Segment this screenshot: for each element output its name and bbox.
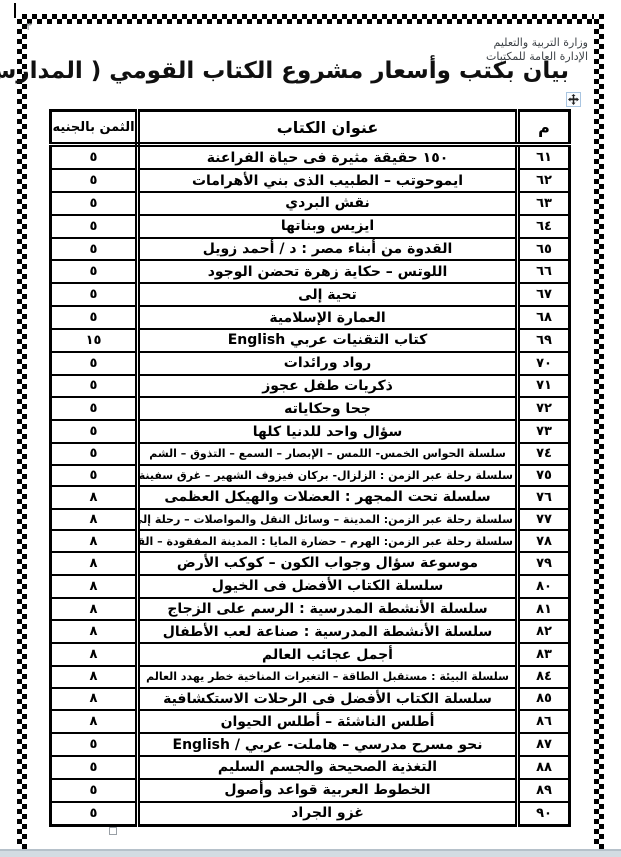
table-row: ٦٥القدوة من أبناء مصر : د / أحمد زويل٥ bbox=[51, 238, 570, 261]
serial-cell: ٦٧ bbox=[518, 283, 570, 306]
book-title-cell: نقش البردي bbox=[138, 192, 518, 215]
price-cell: ٨ bbox=[51, 710, 138, 733]
book-title-cell: ايموحوتب – الطبيب الذى بني الأهرامات bbox=[138, 169, 518, 192]
book-title-cell: القدوة من أبناء مصر : د / أحمد زويل bbox=[138, 238, 518, 261]
letterhead-line1: وزارة التربية والتعليم bbox=[486, 36, 588, 50]
page-title: بيان بكتب وأسعار مشروع الكتاب القومي ( ا… bbox=[40, 58, 569, 84]
column-header-price: الثمن بالجنيه bbox=[51, 111, 138, 145]
serial-cell: ٧٥ bbox=[518, 465, 570, 487]
move-cross-icon bbox=[568, 94, 579, 105]
table-resize-icon[interactable] bbox=[109, 827, 117, 835]
book-title-cell: غزو الجراد bbox=[138, 802, 518, 826]
serial-cell: ٨٥ bbox=[518, 688, 570, 711]
price-cell: ٥ bbox=[51, 192, 138, 215]
serial-cell: ٨٢ bbox=[518, 620, 570, 643]
price-cell: ٨ bbox=[51, 530, 138, 552]
price-cell: ٥ bbox=[51, 443, 138, 465]
book-title-cell: الخطوط العربية قواعد وأصول bbox=[138, 779, 518, 802]
book-title-cell: سلسلة رحلة عبر الزمن: الهرم – حضارة الما… bbox=[138, 530, 518, 552]
table-row: ٦٩كتاب التقنيات عربي English١٥ bbox=[51, 329, 570, 352]
table-row: ٨٧نحو مسرح مدرسي – هاملت- عربي / English… bbox=[51, 733, 570, 756]
serial-cell: ٧٨ bbox=[518, 530, 570, 552]
book-title-cell: ١٥٠ حقيقة مثيرة فى حياة الفراعنة bbox=[138, 145, 518, 170]
serial-cell: ٨٩ bbox=[518, 779, 570, 802]
page-border-top bbox=[17, 14, 604, 24]
price-cell: ٥ bbox=[51, 260, 138, 283]
price-cell: ٥ bbox=[51, 375, 138, 398]
book-title-cell: أجمل عجائب العالم bbox=[138, 643, 518, 666]
price-cell: ٨ bbox=[51, 598, 138, 621]
table-row: ٦١١٥٠ حقيقة مثيرة فى حياة الفراعنة٥ bbox=[51, 145, 570, 170]
table-row: ٧٠رواد ورائدات٥ bbox=[51, 352, 570, 375]
price-cell: ٥ bbox=[51, 145, 138, 170]
column-header-title: عنوان الكتاب bbox=[138, 111, 518, 145]
serial-cell: ٨٧ bbox=[518, 733, 570, 756]
serial-cell: ٨١ bbox=[518, 598, 570, 621]
price-cell: ٨ bbox=[51, 575, 138, 598]
table-row: ٨٤سلسلة البيئة : مستقبل الطاقة – التغيرا… bbox=[51, 666, 570, 688]
serial-cell: ٨٦ bbox=[518, 710, 570, 733]
table-row: ٦٣نقش البردي٥ bbox=[51, 192, 570, 215]
table-row: ٨٠سلسلة الكتاب الأفضل فى الخيول٨ bbox=[51, 575, 570, 598]
table-move-icon[interactable] bbox=[566, 92, 581, 107]
book-title-cell: التغذية الصحيحة والجسم السليم bbox=[138, 756, 518, 779]
table-row: ٨٣أجمل عجائب العالم٨ bbox=[51, 643, 570, 666]
price-cell: ٨ bbox=[51, 688, 138, 711]
serial-cell: ٦٦ bbox=[518, 260, 570, 283]
table-row: ٧١ذكريات طفل عجوز٥ bbox=[51, 375, 570, 398]
table-row: ٨٥سلسلة الكتاب الأفضل فى الرحلات الاستكش… bbox=[51, 688, 570, 711]
serial-cell: ٨٠ bbox=[518, 575, 570, 598]
book-title-cell: كتاب التقنيات عربي English bbox=[138, 329, 518, 352]
book-title-cell: سلسلة الكتاب الأفضل فى الخيول bbox=[138, 575, 518, 598]
page-border-left bbox=[17, 14, 27, 857]
price-cell: ٥ bbox=[51, 420, 138, 443]
table-row: ٧٣سؤال واحد للدنيا كلها٥ bbox=[51, 420, 570, 443]
table-row: ٦٧تحية إلى٥ bbox=[51, 283, 570, 306]
document-page: { "page": { "number": "٣" }, "letterhead… bbox=[0, 0, 621, 857]
book-title-cell: اللوتس – حكاية زهرة تحضن الوجود bbox=[138, 260, 518, 283]
serial-cell: ٨٣ bbox=[518, 643, 570, 666]
price-cell: ٥ bbox=[51, 238, 138, 261]
table-row: ٦٤ايزيس وبناتها٥ bbox=[51, 215, 570, 238]
serial-cell: ٦١ bbox=[518, 145, 570, 170]
book-title-cell: ذكريات طفل عجوز bbox=[138, 375, 518, 398]
serial-cell: ٧٦ bbox=[518, 486, 570, 509]
book-title-cell: سلسلة رحلة عبر الزمن : الزلزال- بركان في… bbox=[138, 465, 518, 487]
book-title-cell: جحا وحكاياته bbox=[138, 397, 518, 420]
book-title-cell: تحية إلى bbox=[138, 283, 518, 306]
serial-cell: ٦٢ bbox=[518, 169, 570, 192]
table-row: ٦٢ايموحوتب – الطبيب الذى بني الأهرامات٥ bbox=[51, 169, 570, 192]
price-cell: ٨ bbox=[51, 552, 138, 575]
book-title-cell: ايزيس وبناتها bbox=[138, 215, 518, 238]
table-row: ٨٨التغذية الصحيحة والجسم السليم٥ bbox=[51, 756, 570, 779]
table-row: ٧٧سلسلة رحلة عبر الزمن: المدينة – وسائل … bbox=[51, 509, 570, 531]
price-cell: ٨ bbox=[51, 643, 138, 666]
serial-cell: ٩٠ bbox=[518, 802, 570, 826]
book-title-cell: سلسلة الأنشطة المدرسية : الرسم على الزجا… bbox=[138, 598, 518, 621]
price-cell: ٥ bbox=[51, 169, 138, 192]
book-title-cell: سلسلة رحلة عبر الزمن: المدينة – وسائل ال… bbox=[138, 509, 518, 531]
book-title-cell: سلسلة الأنشطة المدرسية : صناعة لعب الأطف… bbox=[138, 620, 518, 643]
price-cell: ٥ bbox=[51, 397, 138, 420]
serial-cell: ٦٨ bbox=[518, 306, 570, 329]
table-row: ٩٠غزو الجراد٥ bbox=[51, 802, 570, 826]
table-row: ٨٢سلسلة الأنشطة المدرسية : صناعة لعب الأ… bbox=[51, 620, 570, 643]
price-cell: ٨ bbox=[51, 486, 138, 509]
serial-cell: ٦٣ bbox=[518, 192, 570, 215]
serial-cell: ٧٣ bbox=[518, 420, 570, 443]
price-cell: ٥ bbox=[51, 352, 138, 375]
table-row: ٨٦أطلس الناشئة – أطلس الحيوان٨ bbox=[51, 710, 570, 733]
table-row: ٧٨سلسلة رحلة عبر الزمن: الهرم – حضارة ال… bbox=[51, 530, 570, 552]
table-row: ٧٩موسوعة سؤال وجواب الكون – كوكب الأرض٨ bbox=[51, 552, 570, 575]
price-cell: ٥ bbox=[51, 802, 138, 826]
book-title-cell: رواد ورائدات bbox=[138, 352, 518, 375]
price-cell: ٥ bbox=[51, 215, 138, 238]
page-corner-mark bbox=[14, 3, 16, 18]
table-row: ٨١سلسلة الأنشطة المدرسية : الرسم على الز… bbox=[51, 598, 570, 621]
serial-cell: ٨٨ bbox=[518, 756, 570, 779]
book-title-cell: أطلس الناشئة – أطلس الحيوان bbox=[138, 710, 518, 733]
serial-cell: ٦٥ bbox=[518, 238, 570, 261]
book-title-cell: سلسلة البيئة : مستقبل الطاقة – التغيرات … bbox=[138, 666, 518, 688]
table-row: ٧٥سلسلة رحلة عبر الزمن : الزلزال- بركان … bbox=[51, 465, 570, 487]
book-title-cell: سلسلة الكتاب الأفضل فى الرحلات الاستكشاف… bbox=[138, 688, 518, 711]
price-cell: ٥ bbox=[51, 779, 138, 802]
book-title-cell: العمارة الإسلامية bbox=[138, 306, 518, 329]
book-title-cell: سلسلة الحواس الخمس- اللمس – الإبصار – ال… bbox=[138, 443, 518, 465]
page-border-right bbox=[594, 14, 604, 857]
book-title-cell: سلسلة تحت المجهر : العضلات والهيكل العظم… bbox=[138, 486, 518, 509]
serial-cell: ٧٧ bbox=[518, 509, 570, 531]
price-cell: ٥ bbox=[51, 283, 138, 306]
serial-cell: ٧١ bbox=[518, 375, 570, 398]
table-row: ٧٤سلسلة الحواس الخمس- اللمس – الإبصار – … bbox=[51, 443, 570, 465]
book-title-cell: موسوعة سؤال وجواب الكون – كوكب الأرض bbox=[138, 552, 518, 575]
table-row: ٧٦سلسلة تحت المجهر : العضلات والهيكل الع… bbox=[51, 486, 570, 509]
serial-cell: ٧٠ bbox=[518, 352, 570, 375]
table-row: ٦٦اللوتس – حكاية زهرة تحضن الوجود٥ bbox=[51, 260, 570, 283]
serial-cell: ٧٤ bbox=[518, 443, 570, 465]
table-header-row: م عنوان الكتاب الثمن بالجنيه bbox=[51, 111, 570, 145]
book-title-cell: سؤال واحد للدنيا كلها bbox=[138, 420, 518, 443]
table-row: ٦٨العمارة الإسلامية٥ bbox=[51, 306, 570, 329]
serial-cell: ٧٢ bbox=[518, 397, 570, 420]
table-row: ٨٩الخطوط العربية قواعد وأصول٥ bbox=[51, 779, 570, 802]
serial-cell: ٦٩ bbox=[518, 329, 570, 352]
serial-cell: ٧٩ bbox=[518, 552, 570, 575]
window-bottom-strip bbox=[0, 849, 621, 857]
price-cell: ٥ bbox=[51, 733, 138, 756]
price-cell: ٨ bbox=[51, 620, 138, 643]
page-number: ٣ bbox=[26, 20, 32, 33]
price-cell: ٥ bbox=[51, 756, 138, 779]
price-cell: ٨ bbox=[51, 666, 138, 688]
table-row: ٧٢جحا وحكاياته٥ bbox=[51, 397, 570, 420]
price-cell: ١٥ bbox=[51, 329, 138, 352]
book-title-cell: نحو مسرح مدرسي – هاملت- عربي / English bbox=[138, 733, 518, 756]
price-cell: ٨ bbox=[51, 509, 138, 531]
column-header-serial: م bbox=[518, 111, 570, 145]
price-cell: ٥ bbox=[51, 465, 138, 487]
price-cell: ٥ bbox=[51, 306, 138, 329]
serial-cell: ٨٤ bbox=[518, 666, 570, 688]
serial-cell: ٦٤ bbox=[518, 215, 570, 238]
book-price-table: م عنوان الكتاب الثمن بالجنيه ٦١١٥٠ حقيقة… bbox=[49, 109, 571, 827]
